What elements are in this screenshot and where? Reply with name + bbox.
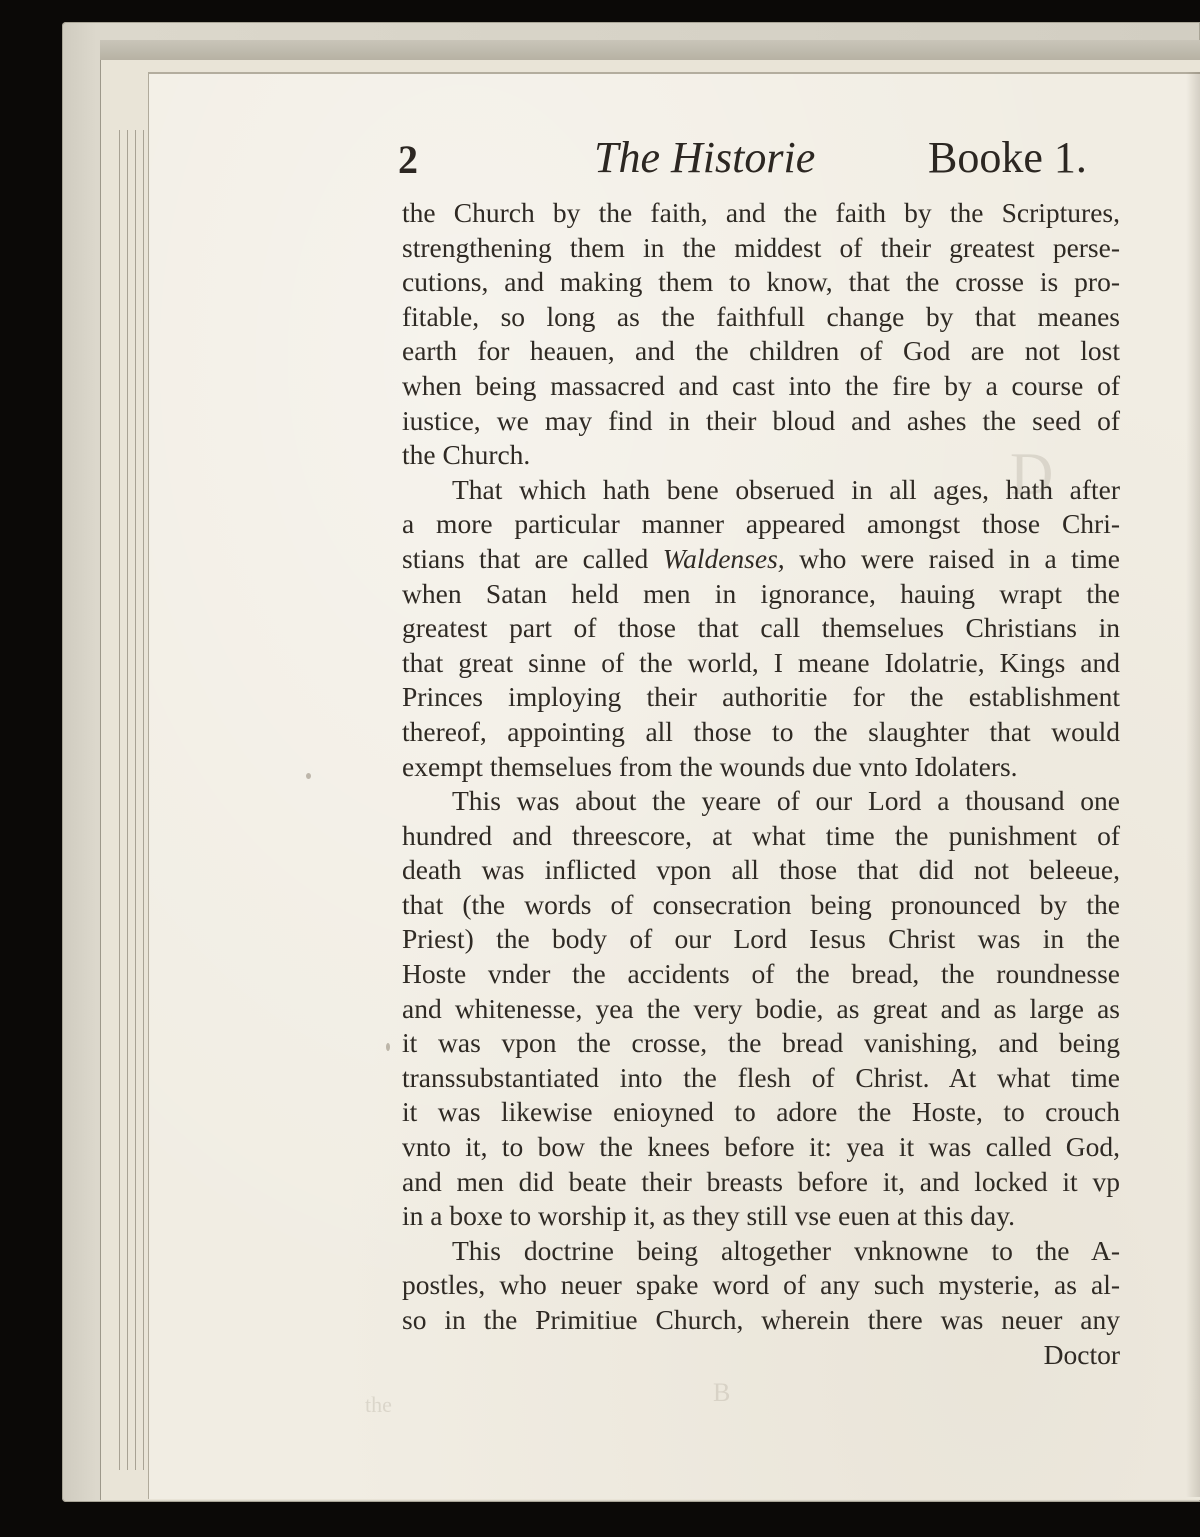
text-line: stians that are called Waldenses, who we… <box>402 542 1120 577</box>
text-line: hundred and threescore, at what time the… <box>402 819 1120 854</box>
text-line: so in the Primitiue Church, wherein ther… <box>402 1303 1120 1338</box>
text-line: This doctrine being altogether vnknowne … <box>402 1234 1120 1269</box>
text-line: that great sinne of the world, I meane I… <box>402 646 1120 681</box>
text-line: that (the words of consecration being pr… <box>402 888 1120 923</box>
text-line: it was vpon the crosse, the bread vanish… <box>402 1026 1120 1061</box>
body-text: the Church by the faith, and the faith b… <box>402 196 1120 1372</box>
text-line: transsubstantiated into the flesh of Chr… <box>402 1061 1120 1096</box>
book-label: Booke 1. <box>928 132 1087 183</box>
text-line: and men did beate their breasts before i… <box>402 1165 1120 1200</box>
leaf-edge-line <box>143 130 144 1470</box>
leaf-edge-line <box>119 130 120 1470</box>
text-line: postles, who neuer spake word of any suc… <box>402 1268 1120 1303</box>
text-line: thereof, appointing all those to the sla… <box>402 715 1120 750</box>
text-line: Princes imploying their authoritie for t… <box>402 680 1120 715</box>
text-line: That which hath bene obserued in all age… <box>402 473 1120 508</box>
ink-speck <box>306 773 311 779</box>
text-line: strengthening them in the middest of the… <box>402 231 1120 266</box>
text-line: death was inflicted vpon all those that … <box>402 853 1120 888</box>
text-line: when being massacred and cast into the f… <box>402 369 1120 404</box>
text-line: iustice, we may find in their bloud and … <box>402 404 1120 439</box>
text-line: the Church. <box>402 438 1120 473</box>
text-line: and whitenesse, yea the very bodie, as g… <box>402 992 1120 1027</box>
leaf-edge-line <box>135 130 136 1470</box>
text-line: the Church by the faith, and the faith b… <box>402 196 1120 231</box>
running-title: The Historie <box>594 132 815 183</box>
text-line: when Satan held men in ignorance, hauing… <box>402 577 1120 612</box>
text-line: Hoste vnder the accidents of the bread, … <box>402 957 1120 992</box>
text-line: greatest part of those that call themsel… <box>402 611 1120 646</box>
text-line: cutions, and making them to know, that t… <box>402 265 1120 300</box>
running-head: 2 The Historie Booke 1. <box>398 130 1118 190</box>
text-line: a more particular manner appeared amongs… <box>402 507 1120 542</box>
page-number: 2 <box>398 136 418 183</box>
italic-term: Waldenses, <box>663 543 785 574</box>
text-line: fitable, so long as the faithfull change… <box>402 300 1120 335</box>
leaf-edge-line <box>127 130 128 1470</box>
text-line: Priest) the body of our Lord Iesus Chris… <box>402 922 1120 957</box>
text-line: exempt themselues from the wounds due vn… <box>402 750 1120 785</box>
text-line: earth for heauen, and the children of Go… <box>402 334 1120 369</box>
ink-speck <box>386 1043 390 1051</box>
show-through-text: B <box>713 1378 730 1408</box>
text-line: vnto it, to bow the knees before it: yea… <box>402 1130 1120 1165</box>
catchword: Doctor <box>402 1338 1120 1373</box>
show-through-text: the <box>365 1392 392 1418</box>
gutter-shadow <box>1186 72 1200 1497</box>
text-line: This was about the yeare of our Lord a t… <box>402 784 1120 819</box>
text-line: it was likewise enioyned to adore the Ho… <box>402 1095 1120 1130</box>
text-line: in a boxe to worship it, as they still v… <box>402 1199 1120 1234</box>
